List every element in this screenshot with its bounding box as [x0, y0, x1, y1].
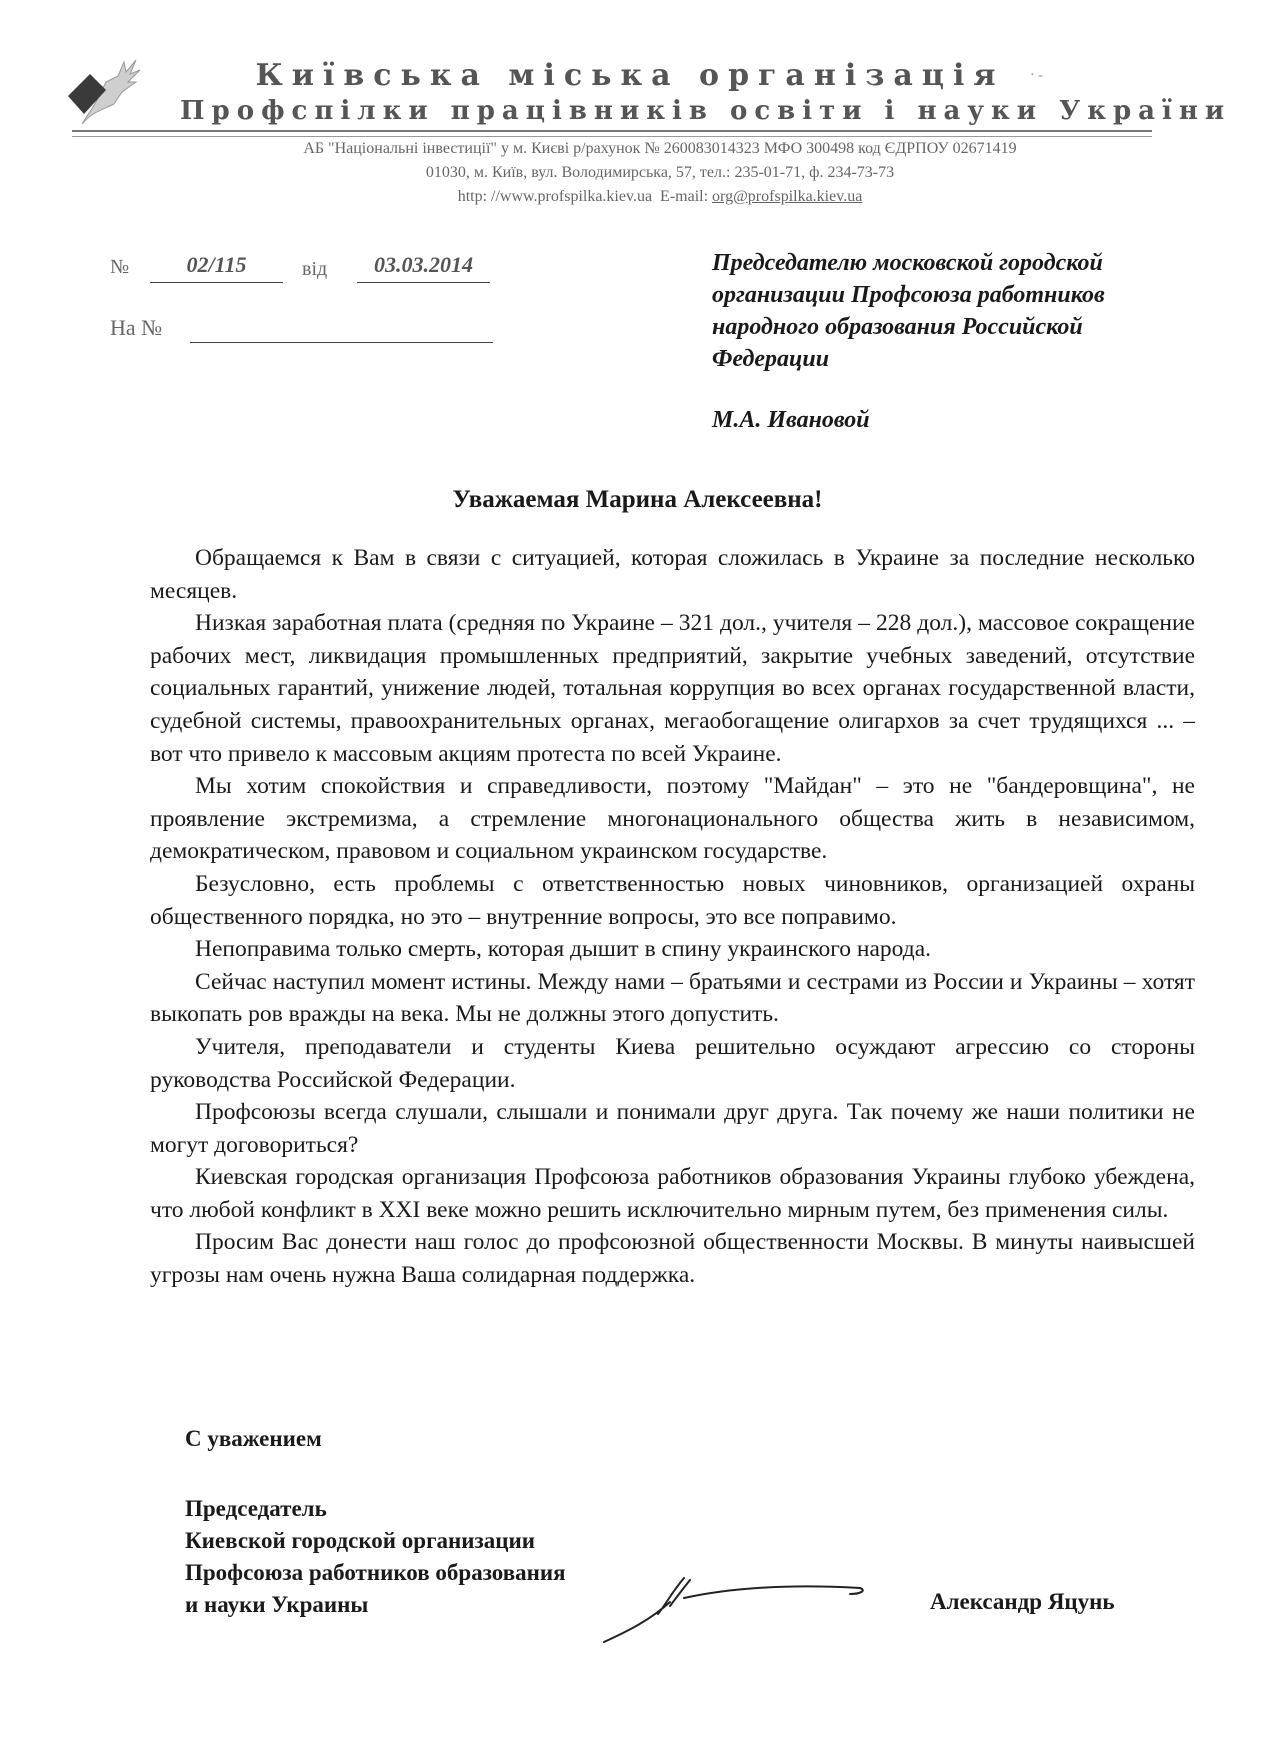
body-paragraph: Киевская городская организация Профсоюза… [150, 1161, 1195, 1226]
closing-regards: С уважением [185, 1426, 322, 1452]
body-paragraph: Обращаемся к Вам в связи с ситуацией, ко… [150, 542, 1195, 607]
scan-mark: · - [1030, 68, 1043, 84]
body-paragraph: Непоправима только смерть, которая дышит… [150, 933, 1195, 966]
signer-name: Александр Яцунь [930, 1589, 1115, 1615]
org-name-line1: Київська міська організація [180, 58, 1080, 93]
salutation: Уважаемая Марина Алексеевна! [0, 486, 1275, 514]
body-paragraph: Безусловно, есть проблемы с ответственно… [150, 868, 1195, 933]
body-paragraph: Низкая заработная плата (средняя по Укра… [150, 607, 1195, 770]
signer-title-line: Киевской городской организации [185, 1525, 566, 1557]
body-paragraph: Мы хотим спокойствия и справедливости, п… [150, 770, 1195, 868]
body-paragraph: Просим Вас донести наш голос до профсоюз… [150, 1226, 1195, 1291]
reply-to-label: На № [110, 315, 162, 341]
number-label: № [110, 256, 129, 279]
body-paragraph: Профсоюзы всегда слушали, слышали и пони… [150, 1096, 1195, 1161]
body-paragraph: Учителя, преподаватели и студенты Киева … [150, 1031, 1195, 1096]
book-in-hand-icon [62, 52, 144, 128]
postal-address: 01030, м. Київ, вул. Володимирська, 57, … [180, 164, 1140, 182]
email-label: E-mail: [660, 188, 708, 205]
body-paragraph: Сейчас наступил момент истины. Между нам… [150, 966, 1195, 1031]
handwritten-signature-icon [600, 1570, 880, 1650]
outgoing-date-field: 03.03.2014 [357, 252, 490, 283]
letter-body: Обращаемся к Вам в связи с ситуацией, ко… [150, 542, 1195, 1292]
addressee-position: Председателю московской городской органи… [712, 247, 1192, 375]
email-link[interactable]: org@profspilka.kiev.ua [712, 188, 862, 205]
outgoing-number-field: 02/115 [150, 252, 283, 283]
signer-title-line: Председатель [185, 1493, 566, 1525]
letterhead-divider [72, 130, 1152, 137]
addressee-name: М.А. Ивановой [712, 407, 870, 434]
date-label: від [302, 258, 327, 281]
contacts-line: http: //www.profspilka.kiev.ua E-mail: o… [180, 188, 1140, 206]
signer-title-line: Профсоюза работников образования [185, 1557, 566, 1589]
bank-requisites: АБ "Національні інвестиції" у м. Києві р… [180, 140, 1140, 158]
website-link[interactable]: http: //www.profspilka.kiev.ua [458, 188, 652, 205]
reply-to-number-field [190, 314, 493, 343]
org-name-line2: Профспілки працівників освіти і науки Ук… [180, 96, 1140, 126]
signer-title-line: и науки Украины [185, 1589, 566, 1621]
signer-title: Председатель Киевской городской организа… [185, 1493, 566, 1621]
